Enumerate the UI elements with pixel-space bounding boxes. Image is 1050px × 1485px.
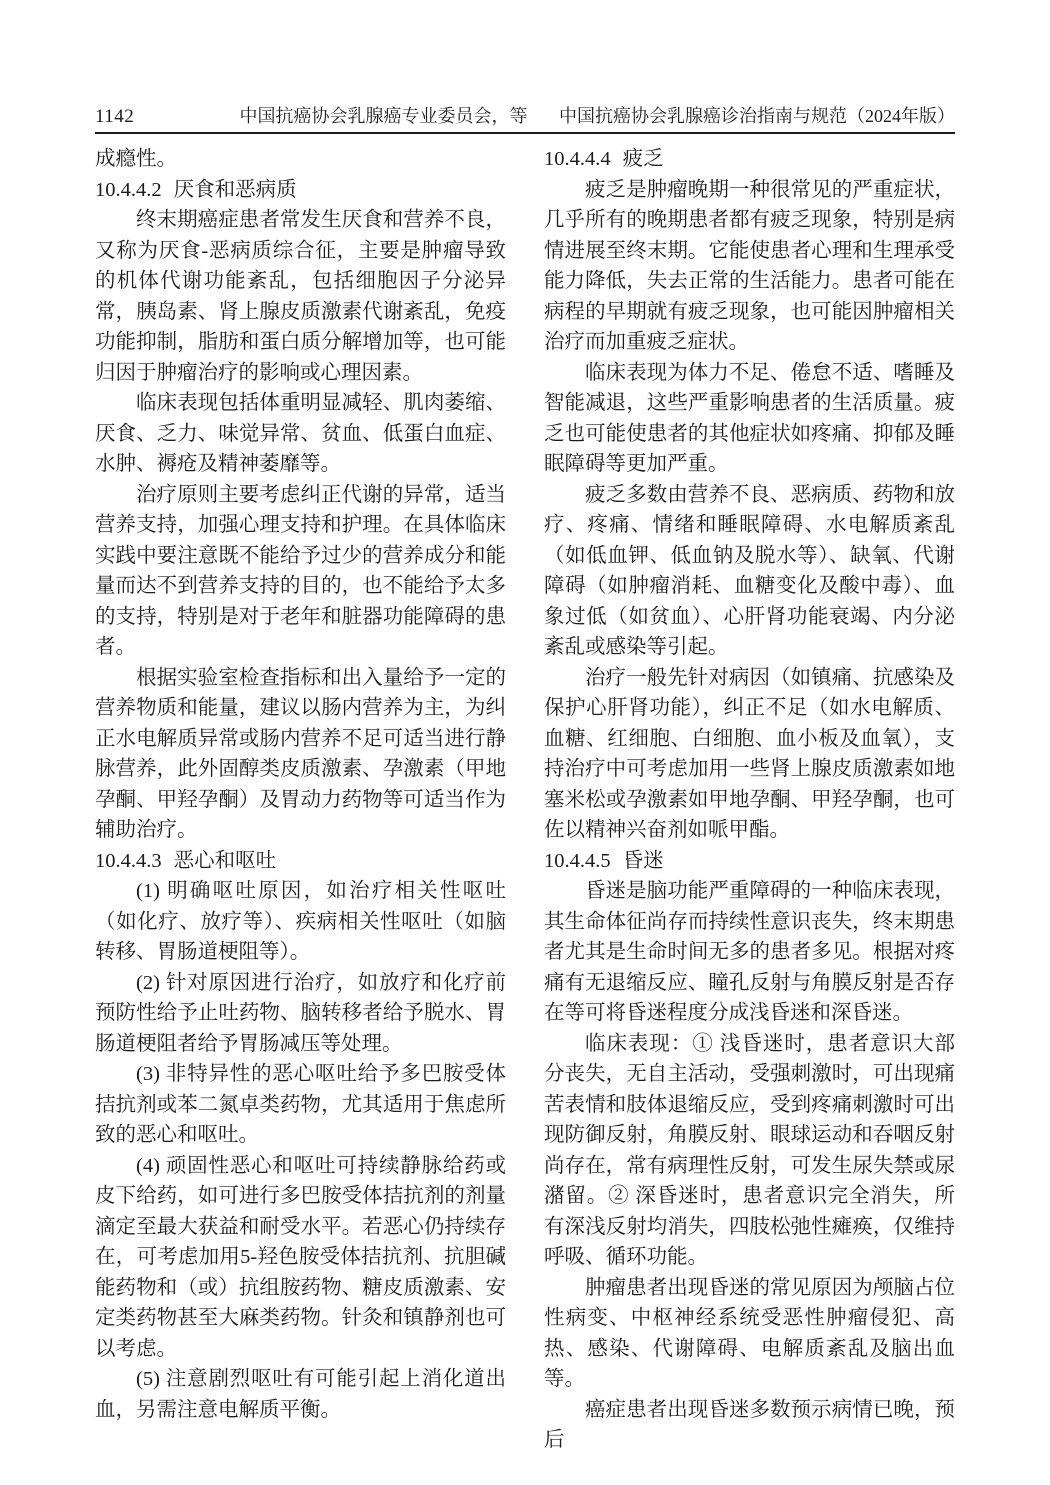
- paragraph: (4) 顽固性恶心和呕吐可持续静脉给药或皮下给药，如可进行多巴胺受体拮抗剂的剂量…: [95, 1151, 506, 1365]
- left-column: 成瘾性。10.4.4.2厌食和恶病质终末期癌症患者常发生厌食和营养不良，又称为厌…: [95, 144, 506, 1456]
- paragraph: 昏迷是脑功能严重障碍的一种临床表现，其生命体征尚存而持续性意识丧失，终末期患者尤…: [544, 876, 955, 1029]
- paragraph: 根据实验室检查指标和出入量给予一定的营养物质和能量，建议以肠内营养为主，为纠正水…: [95, 663, 506, 846]
- section-title: 疲乏: [623, 148, 664, 170]
- continuation-paragraph: 成瘾性。: [95, 144, 506, 175]
- section-heading: 10.4.4.3恶心和呕吐: [95, 846, 506, 877]
- paragraph: (1) 明确呕吐原因，如治疗相关性呕吐（如化疗、放疗等）、疾病相关性呕吐（如脑转…: [95, 876, 506, 968]
- section-heading: 10.4.4.5昏迷: [544, 846, 955, 877]
- section-title: 昏迷: [623, 850, 664, 872]
- page-number: 1142: [95, 106, 134, 128]
- page-header: 1142 中国抗癌协会乳腺癌专业委员会，等 中国抗癌协会乳腺癌诊治指南与规范（2…: [95, 102, 955, 128]
- paragraph: 癌症患者出现昏迷多数预示病情已晚，预后: [544, 1395, 955, 1456]
- section-heading: 10.4.4.4疲乏: [544, 144, 955, 175]
- paragraph: 临床表现为体力不足、倦怠不适、嗜睡及智能减退，这些严重影响患者的生活质量。疲乏也…: [544, 358, 955, 480]
- section-heading: 10.4.4.2厌食和恶病质: [95, 175, 506, 206]
- document-page: 1142 中国抗癌协会乳腺癌专业委员会，等 中国抗癌协会乳腺癌诊治指南与规范（2…: [0, 0, 1050, 1485]
- paragraph: 治疗一般先针对病因（如镇痛、抗感染及保护心肝肾功能），纠正不足（如水电解质、血糖…: [544, 663, 955, 846]
- section-number: 10.4.4.4: [544, 148, 611, 170]
- section-number: 10.4.4.3: [95, 850, 162, 872]
- running-head-title: 中国抗癌协会乳腺癌诊治指南与规范（2024年版）: [559, 106, 955, 126]
- section-number: 10.4.4.2: [95, 179, 162, 201]
- right-column: 10.4.4.4疲乏疲乏是肿瘤晚期一种很常见的严重症状，几乎所有的晚期患者都有疲…: [544, 144, 955, 1456]
- running-head-source: 中国抗癌协会乳腺癌专业委员会，等: [240, 106, 528, 126]
- running-head: 中国抗癌协会乳腺癌专业委员会，等 中国抗癌协会乳腺癌诊治指南与规范（2024年版…: [240, 102, 956, 128]
- paragraph: 疲乏多数由营养不良、恶病质、药物和放疗、疼痛、情绪和睡眠障碍、水电解质紊乱（如低…: [544, 480, 955, 663]
- paragraph: 肿瘤患者出现昏迷的常见原因为颅脑占位性病变、中枢神经系统受恶性肿瘤侵犯、高热、感…: [544, 1273, 955, 1395]
- paragraph: 治疗原则主要考虑纠正代谢的异常，适当营养支持，加强心理支持和护理。在具体临床实践…: [95, 480, 506, 663]
- paragraph: 疲乏是肿瘤晚期一种很常见的严重症状，几乎所有的晚期患者都有疲乏现象，特别是病情进…: [544, 175, 955, 358]
- header-rule: [95, 132, 955, 134]
- section-title: 恶心和呕吐: [174, 850, 277, 872]
- paragraph: 终末期癌症患者常发生厌食和营养不良，又称为厌食-恶病质综合征，主要是肿瘤导致的机…: [95, 205, 506, 388]
- paragraph: 临床表现：① 浅昏迷时，患者意识大部分丧失，无自主活动，受强刺激时，可出现痛苦表…: [544, 1029, 955, 1273]
- section-title: 厌食和恶病质: [174, 179, 297, 201]
- paragraph: (5) 注意剧烈呕吐有可能引起上消化道出血，另需注意电解质平衡。: [95, 1364, 506, 1425]
- text-columns: 成瘾性。10.4.4.2厌食和恶病质终末期癌症患者常发生厌食和营养不良，又称为厌…: [95, 144, 955, 1456]
- paragraph: 临床表现包括体重明显减轻、肌肉萎缩、厌食、乏力、味觉异常、贫血、低蛋白血症、水肿…: [95, 388, 506, 480]
- paragraph: (2) 针对原因进行治疗，如放疗和化疗前预防性给予止吐药物、脑转移者给予脱水、胃…: [95, 968, 506, 1060]
- paragraph: (3) 非特异性的恶心呕吐给予多巴胺受体拮抗剂或苯二氮卓类药物，尤其适用于焦虑所…: [95, 1059, 506, 1151]
- section-number: 10.4.4.5: [544, 850, 611, 872]
